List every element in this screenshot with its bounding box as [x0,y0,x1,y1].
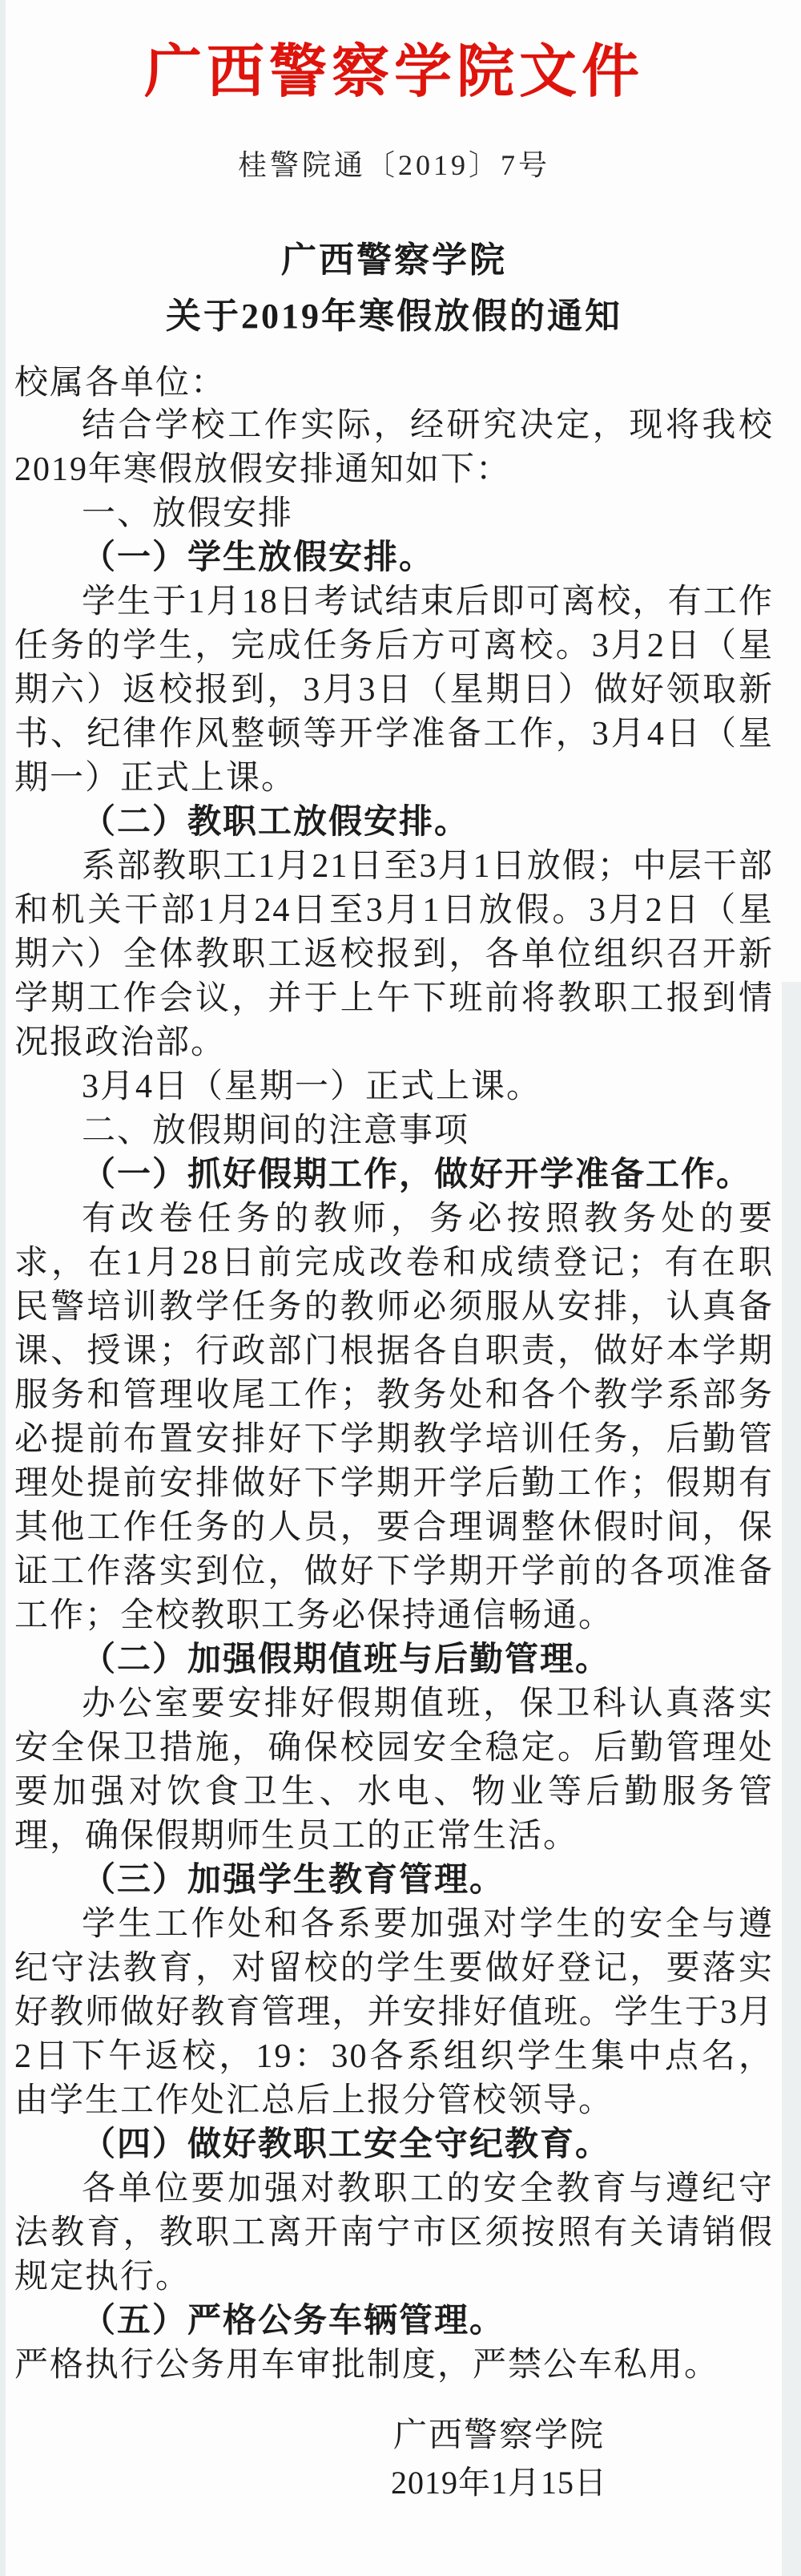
body-paragraph: 结合学校工作实际，经研究决定，现将我校2019年寒假放假安排通知如下： [14,404,774,492]
notice-title: 广西警察学院 关于2019年寒假放假的通知 [14,232,774,345]
agency-header-title: 广西警察学院文件 [14,35,774,109]
body-paragraph: 有改卷任务的教师，务必按照教务处的要求，在1月28日前完成改卷和成绩登记；有在职… [14,1197,774,1638]
subsection-heading: （一）抓好假期工作，做好开学准备工作。 [14,1153,774,1197]
document-body: 结合学校工作实际，经研究决定，现将我校2019年寒假放假安排通知如下：一、放假安… [14,404,774,2388]
doc-number: 桂警院通〔2019〕7号 [14,147,774,183]
body-paragraph: 办公室要安排好假期值班，保卫科认真落实安全保卫措施，确保校园安全稳定。后勤管理处… [14,1682,774,1859]
section-heading: 一、放假安排 [14,492,774,536]
document-content: 广西警察学院文件 桂警院通〔2019〕7号 广西警察学院 关于2019年寒假放假… [0,0,801,2506]
subsection-heading: （三）加强学生教育管理。 [14,1859,774,1903]
signature-name: 广西警察学院 [359,2412,639,2460]
notice-title-line1: 广西警察学院 [14,232,774,289]
subsection-heading: （四）做好教职工安全守纪教育。 [14,2123,774,2167]
salutation: 校属各单位： [14,362,774,404]
body-paragraph: 严格执行公务用车审批制度，严禁公车私用。 [14,2344,774,2388]
body-paragraph: 学生于1月18日考试结束后即可离校，有工作任务的学生，完成任务后方可离校。3月2… [14,580,774,801]
subsection-heading: （二）教职工放假安排。 [14,801,774,845]
signature-block: 广西警察学院 2019年1月15日 [359,2412,639,2506]
signature-date: 2019年1月15日 [359,2460,639,2506]
subsection-heading: （一）学生放假安排。 [14,536,774,580]
subsection-heading: （二）加强假期值班与后勤管理。 [14,1638,774,1682]
notice-title-line2: 关于2019年寒假放假的通知 [14,289,774,345]
body-paragraph: 学生工作处和各系要加强对学生的安全与遵纪守法教育，对留校的学生要做好登记，要落实… [14,1903,774,2123]
subsection-heading: （五）严格公务车辆管理。 [14,2299,774,2344]
body-paragraph: 各单位要加强对教职工的安全教育与遵纪守法教育，教职工离开南宁市区须按照有关请销假… [14,2167,774,2299]
section-heading: 二、放假期间的注意事项 [14,1109,774,1153]
document-page: 广西警察学院文件 桂警院通〔2019〕7号 广西警察学院 关于2019年寒假放假… [0,0,801,2576]
body-paragraph: 系部教职工1月21日至3月1日放假；中层干部和机关干部1月24日至3月1日放假。… [14,845,774,1065]
body-paragraph: 3月4日（星期一）正式上课。 [14,1065,774,1109]
